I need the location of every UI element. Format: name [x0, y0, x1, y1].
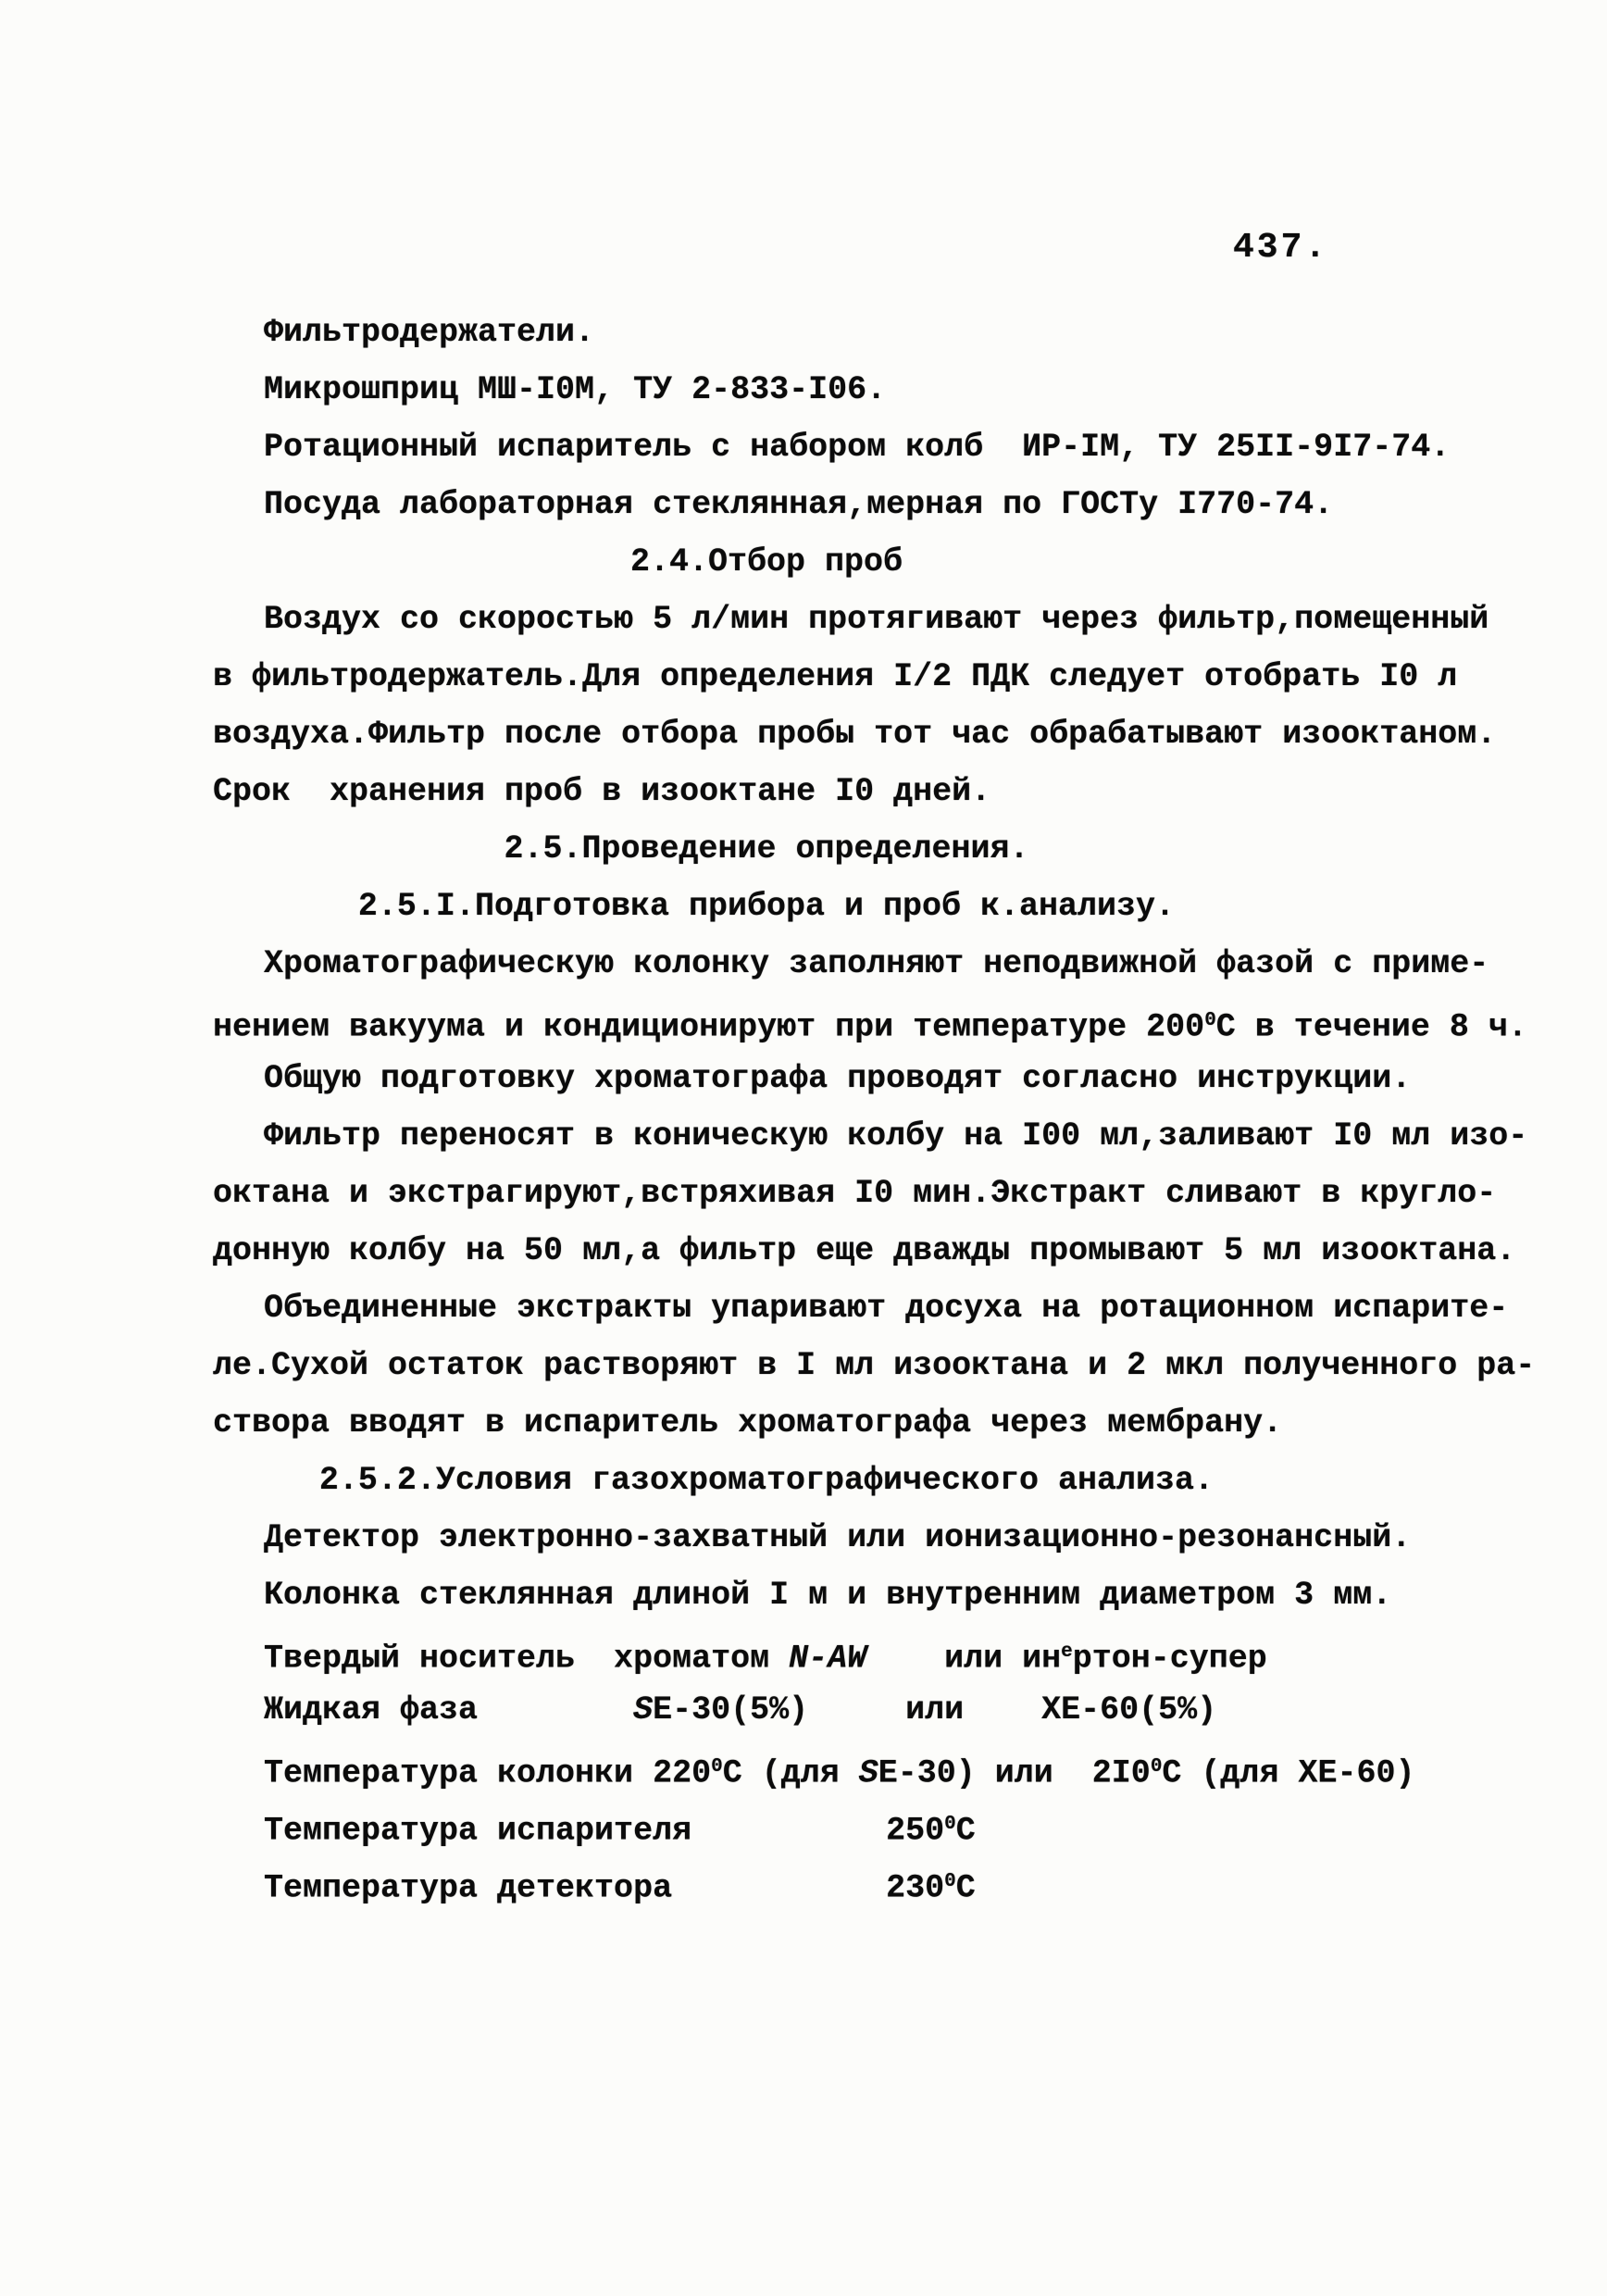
superscript-segment: 0: [1151, 1756, 1163, 1778]
text-segment: С в течение 8 ч.: [1216, 1009, 1527, 1046]
text-segment: С: [956, 1813, 976, 1850]
text-line-16: октана и экстрагируют,встряхивая I0 мин.…: [0, 1172, 1607, 1229]
superscript-segment: 0: [944, 1814, 956, 1835]
text-line-22: Детектор электронно-захватный или иониза…: [0, 1516, 1607, 1574]
text-segment: Жидкая фаза: [264, 1691, 633, 1728]
latin-script-segment: S: [859, 1755, 878, 1792]
text-segment: Объединенные экстракты упаривают досуха …: [264, 1290, 1508, 1327]
text-line-21: 2.5.2.Условия газохроматографического ан…: [0, 1459, 1607, 1516]
latin-script-segment: N-AW: [789, 1641, 866, 1678]
text-segment: Твердый носитель хроматом: [264, 1641, 789, 1678]
text-segment: в фильтродержатель.Для определения I/2 П…: [213, 658, 1457, 695]
text-line-26: Температура колонки 2200С (для SЕ-30) ил…: [0, 1746, 1607, 1803]
text-segment: Ротационный испаритель с набором колб ИР…: [264, 429, 1450, 466]
page-number: 437.: [1233, 228, 1328, 268]
text-line-15: Фильтр переносят в коническую колбу на I…: [0, 1115, 1607, 1172]
text-segment: Посуда лабораторная стеклянная,мерная по…: [264, 486, 1333, 523]
text-line-12: Хроматографическую колонку заполняют неп…: [0, 942, 1607, 1000]
text-segment: Колонка стеклянная длиной I м и внутренн…: [264, 1577, 1391, 1614]
text-line-10: 2.5.Проведение определения.: [0, 828, 1607, 885]
text-line-7: в фильтродержатель.Для определения I/2 П…: [0, 655, 1607, 713]
text-segment: воздуха.Фильтр после отбора пробы тот ча…: [213, 716, 1496, 753]
text-line-9: Срок хранения проб в изооктане I0 дней.: [0, 770, 1607, 828]
text-segment: С: [956, 1870, 976, 1907]
text-line-23: Колонка стеклянная длиной I м и внутренн…: [0, 1574, 1607, 1631]
text-segment: 2.5.I.Подготовка прибора и проб к.анализ…: [358, 888, 1175, 925]
text-segment: Температура испарителя 250: [264, 1813, 944, 1850]
text-segment: донную колбу на 50 мл,а фильтр еще дважд…: [213, 1232, 1515, 1269]
text-line-17: донную колбу на 50 мл,а фильтр еще дважд…: [0, 1229, 1607, 1287]
text-line-27: Температура испарителя 2500С: [0, 1803, 1607, 1861]
text-segment: створа вводят в испаритель хроматографа …: [213, 1404, 1282, 1441]
text-segment: ле.Сухой остаток растворяют в I мл изоок…: [213, 1347, 1535, 1384]
text-line-19: ле.Сухой остаток растворяют в I мл изоок…: [0, 1344, 1607, 1402]
text-segment: Микрошприц МШ-I0М, ТУ 2-833-I06.: [264, 371, 886, 408]
superscript-segment: 0: [1204, 1010, 1216, 1031]
text-line-1: Фильтродержатели.: [0, 311, 1607, 368]
text-segment: Воздух со скоростью 5 л/мин протягивают …: [264, 601, 1489, 638]
text-line-4: Посуда лабораторная стеклянная,мерная по…: [0, 483, 1607, 541]
superscript-segment: е: [1061, 1641, 1073, 1663]
text-line-25: Жидкая фаза SЕ-30(5%) или ХЕ-60(5%): [0, 1689, 1607, 1746]
text-line-3: Ротационный испаритель с набором колб ИР…: [0, 426, 1607, 483]
scanned-document-page: 437. Фильтродержатели.Микрошприц МШ-I0М,…: [0, 0, 1607, 2296]
text-segment: Хроматографическую колонку заполняют неп…: [264, 945, 1489, 982]
text-segment: С (для: [723, 1755, 859, 1792]
text-line-18: Объединенные экстракты упаривают досуха …: [0, 1287, 1607, 1344]
text-line-24: Твердый носитель хроматом N-AW или инерт…: [0, 1631, 1607, 1689]
text-segment: нением вакуума и кондиционируют при темп…: [213, 1009, 1204, 1046]
text-segment: 2.5.Проведение определения.: [504, 830, 1028, 867]
text-segment: или ин: [866, 1641, 1061, 1678]
text-line-13: нением вакуума и кондиционируют при темп…: [0, 1000, 1607, 1057]
text-line-6: Воздух со скоростью 5 л/мин протягивают …: [0, 598, 1607, 655]
text-segment: Е-30) или 2I0: [878, 1755, 1151, 1792]
text-line-28: Температура детектора 2300С: [0, 1861, 1607, 1918]
text-segment: Е-30(5%) или ХЕ-60(5%): [653, 1691, 1216, 1728]
text-segment: Фильтр переносят в коническую колбу на I…: [264, 1117, 1527, 1154]
text-line-2: Микрошприц МШ-I0М, ТУ 2-833-I06.: [0, 368, 1607, 426]
text-segment: С (для ХЕ-60): [1162, 1755, 1414, 1792]
text-segment: ртон-супер: [1073, 1641, 1267, 1678]
text-line-14: Общую подготовку хроматографа проводят с…: [0, 1057, 1607, 1115]
superscript-segment: 0: [944, 1871, 956, 1892]
text-segment: Температура колонки 220: [264, 1755, 711, 1792]
text-segment: Температура детектора 230: [264, 1870, 944, 1907]
text-line-5: 2.4.Отбор проб: [0, 541, 1607, 598]
text-segment: Срок хранения проб в изооктане I0 дней.: [213, 773, 990, 810]
text-line-8: воздуха.Фильтр после отбора пробы тот ча…: [0, 713, 1607, 770]
text-segment: Фильтродержатели.: [264, 314, 594, 351]
latin-script-segment: S: [633, 1691, 653, 1728]
text-segment: Общую подготовку хроматографа проводят с…: [264, 1060, 1411, 1097]
text-segment: Детектор электронно-захватный или иониза…: [264, 1519, 1411, 1556]
text-segment: октана и экстрагируют,встряхивая I0 мин.…: [213, 1175, 1496, 1212]
document-body: Фильтродержатели.Микрошприц МШ-I0М, ТУ 2…: [0, 311, 1607, 1918]
text-segment: 2.5.2.Условия газохроматографического ан…: [319, 1462, 1214, 1499]
text-segment: 2.4.Отбор проб: [630, 543, 903, 580]
text-line-11: 2.5.I.Подготовка прибора и проб к.анализ…: [0, 885, 1607, 942]
superscript-segment: 0: [711, 1756, 723, 1778]
text-line-20: створа вводят в испаритель хроматографа …: [0, 1402, 1607, 1459]
